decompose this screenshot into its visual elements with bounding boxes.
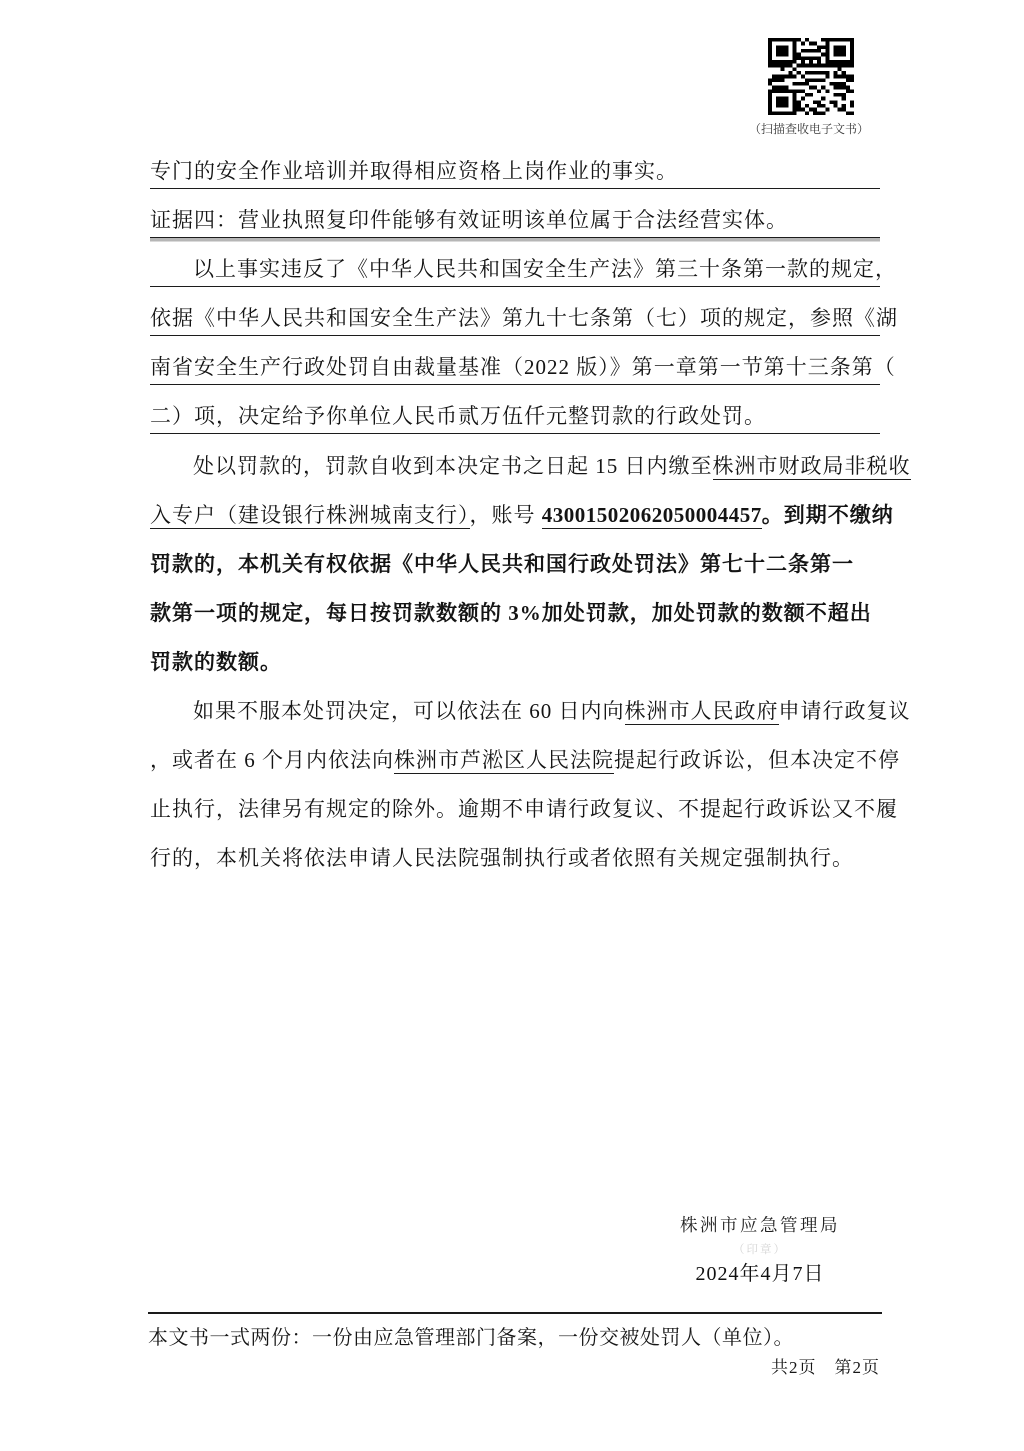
appeal-text: 提起行政诉讼，但本决定不停 — [614, 748, 900, 772]
appeal-text: 如果不服本处罚决定，可以依法在 60 日内向 — [193, 699, 625, 723]
ruling-line-2: 依据《中华人民共和国安全生产法》第九十七条第（七）项的规定，参照《湖 — [150, 287, 880, 336]
evidence-item-4-text: 证据四：营业执照复印件能够有效证明该单位属于合法经营实体。 — [150, 204, 880, 234]
appeal-line-3: 止执行，法律另有规定的除外。逾期不申请行政复议、不提起行政诉讼又不履 — [150, 777, 880, 826]
payment-line-2: 入专户（建设银行株洲城南支行），账号 43001502062050004457。… — [150, 483, 880, 532]
document-page: （扫描查收电子文书） 专门的安全作业培训并取得相应资格上岗作业的事实。 证据四：… — [0, 0, 1024, 1451]
evidence-continued-line: 专门的安全作业培训并取得相应资格上岗作业的事实。 — [150, 140, 880, 189]
seal-placeholder: （印章） — [640, 1241, 880, 1257]
payment-account-holder: 株洲市财政局非税收 — [713, 454, 911, 480]
ruling-line-4: 二）项，决定给予你单位人民币贰万伍仟元整罚款的行政处罚。 — [150, 385, 880, 434]
appeal-text: 申请行政复议 — [779, 699, 911, 723]
issuing-agency: 株洲市应急管理局 — [640, 1212, 880, 1237]
appeal-line-1: 如果不服本处罚决定，可以依法在 60 日内向株洲市人民政府申请行政复议 — [150, 679, 880, 728]
ruling-line-3: 南省安全生产行政处罚自由裁量基准（2022 版）》第一章第一节第十三条第（ — [150, 336, 880, 385]
payment-line-5: 罚款的数额。 — [150, 630, 880, 679]
payment-line-3: 罚款的，本机关有权依据《中华人民共和国行政处罚法》第七十二条第一 — [150, 532, 880, 581]
ruling-line-1: 以上事实违反了《中华人民共和国安全生产法》第三十条第一款的规定， — [150, 238, 880, 287]
court-name: 株洲市芦淞区人民法院 — [394, 748, 614, 774]
qr-block: （扫描查收电子文书） — [763, 38, 859, 137]
payment-bank: 入专户（建设银行株洲城南支行） — [150, 503, 470, 529]
footer: 本文书一式两份：一份由应急管理部门备案，一份交被处罚人（单位）。 共2页 第2页 — [148, 1312, 882, 1378]
payment-line-4: 款第一项的规定，每日按罚款数额的 3%加处罚款，加处罚款的数额不超出 — [150, 581, 880, 630]
evidence-continued-text: 专门的安全作业培训并取得相应资格上岗作业的事实。 — [150, 155, 880, 185]
payment-line-1: 处以罚款的，罚款自收到本决定书之日起 15 日内缴至株洲市财政局非税收 — [150, 434, 880, 483]
distribution-note: 本文书一式两份：一份由应急管理部门备案，一份交被处罚人（单位）。 — [148, 1321, 882, 1350]
evidence-item-4-line: 证据四：营业执照复印件能够有效证明该单位属于合法经营实体。 — [150, 189, 880, 238]
appeal-text: ，或者在 6 个月内依法向 — [150, 748, 394, 772]
payment-text: ，账号 — [470, 503, 542, 527]
qr-caption: （扫描查收电子文书） — [749, 120, 869, 137]
qr-code-icon — [768, 38, 854, 115]
issue-date: 2024年4月7日 — [640, 1257, 880, 1286]
payment-account-number: 43001502062050004457 — [542, 503, 762, 529]
page-number: 共2页 第2页 — [148, 1353, 882, 1378]
payment-text: 处以罚款的，罚款自收到本决定书之日起 15 日内缴至 — [193, 454, 713, 478]
late-penalty-warning: 。到期不缴纳 — [762, 503, 894, 527]
appeal-line-4: 行的，本机关将依法申请人民法院强制执行或者依照有关规定强制执行。 — [150, 826, 880, 875]
appeal-line-2: ，或者在 6 个月内依法向株洲市芦淞区人民法院提起行政诉讼，但本决定不停 — [150, 728, 880, 777]
review-authority: 株洲市人民政府 — [625, 699, 779, 725]
document-body: 专门的安全作业培训并取得相应资格上岗作业的事实。 证据四：营业执照复印件能够有效… — [150, 140, 880, 875]
